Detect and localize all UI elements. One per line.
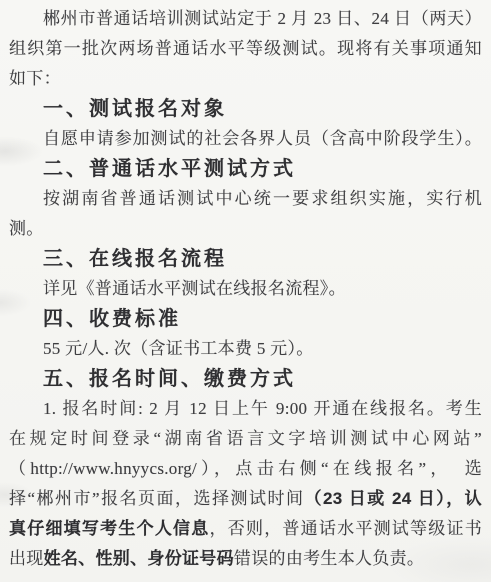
section-5-body-line-6: 出现姓名、性别、身份证号码错误的由考生本人负责。 — [9, 544, 482, 574]
section-5-body-line-1: 1. 报名时间: 2 月 12 日上午 9:00 开通在线报名。考生 — [9, 394, 482, 424]
section-5-body-line-4: 择“郴州市”报名页面，选择测试时间（23 日或 24 日），认 — [9, 484, 482, 514]
section-2-heading: 二、普通话水平测试方式 — [9, 154, 482, 184]
section-4-body-line-1: 55 元/人. 次（含证书工本费 5 元）。 — [9, 334, 482, 364]
bold-text-segment: 真仔细填写考生个人信息 — [9, 519, 210, 538]
section-4-heading: 四、收费标准 — [9, 304, 482, 334]
section-1-body-line-1: 自愿申请参加测试的社会各界人员（含高中阶段学生）。 — [9, 124, 482, 154]
section-1-heading: 一、测试报名对象 — [9, 94, 482, 124]
intro-line-3: 如下： — [9, 64, 482, 94]
intro-line-2: 组织第一批次两场普通话水平等级测试。现将有关事项通知 — [9, 34, 482, 64]
body-text-segment: ，否则，普通话水平测试等级证书 — [210, 519, 482, 538]
section-2-body-line-1: 按湖南省普通话测试中心统一要求组织实施，实行机 — [9, 184, 482, 214]
section-3-heading: 三、在线报名流程 — [9, 244, 482, 274]
section-2-body-line-2: 测。 — [9, 214, 482, 244]
body-text-segment: 出现 — [9, 549, 44, 568]
body-text-segment: 错误的由考生本人负责。 — [234, 549, 424, 568]
scanned-notice-page: 郴州市普通话培训测试站定于 2 月 23 日、24 日（两天） 组织第一批次两场… — [0, 0, 491, 582]
section-5-body-line-2: 在规定时间登录“湖南省语言文字培训测试中心网站” — [9, 424, 482, 454]
section-3-body-line-1: 详见《普通话水平测试在线报名流程》。 — [9, 274, 482, 304]
intro-line-1: 郴州市普通话培训测试站定于 2 月 23 日、24 日（两天） — [9, 4, 482, 34]
section-5-heading: 五、报名时间、缴费方式 — [9, 364, 482, 394]
body-text-segment: 择“郴州市”报名页面，选择测试时间 — [9, 489, 305, 508]
bold-text-segment: （23 日或 24 日），认 — [305, 489, 482, 508]
section-5-body-line-5: 真仔细填写考生个人信息，否则，普通话水平测试等级证书 — [9, 514, 482, 544]
section-5-body-line-3: （http://www.hnyycs.org/），点击右侧“在线报名”， 选 — [9, 454, 482, 484]
bold-text-segment: 姓名、性别、身份证号码 — [44, 549, 234, 568]
